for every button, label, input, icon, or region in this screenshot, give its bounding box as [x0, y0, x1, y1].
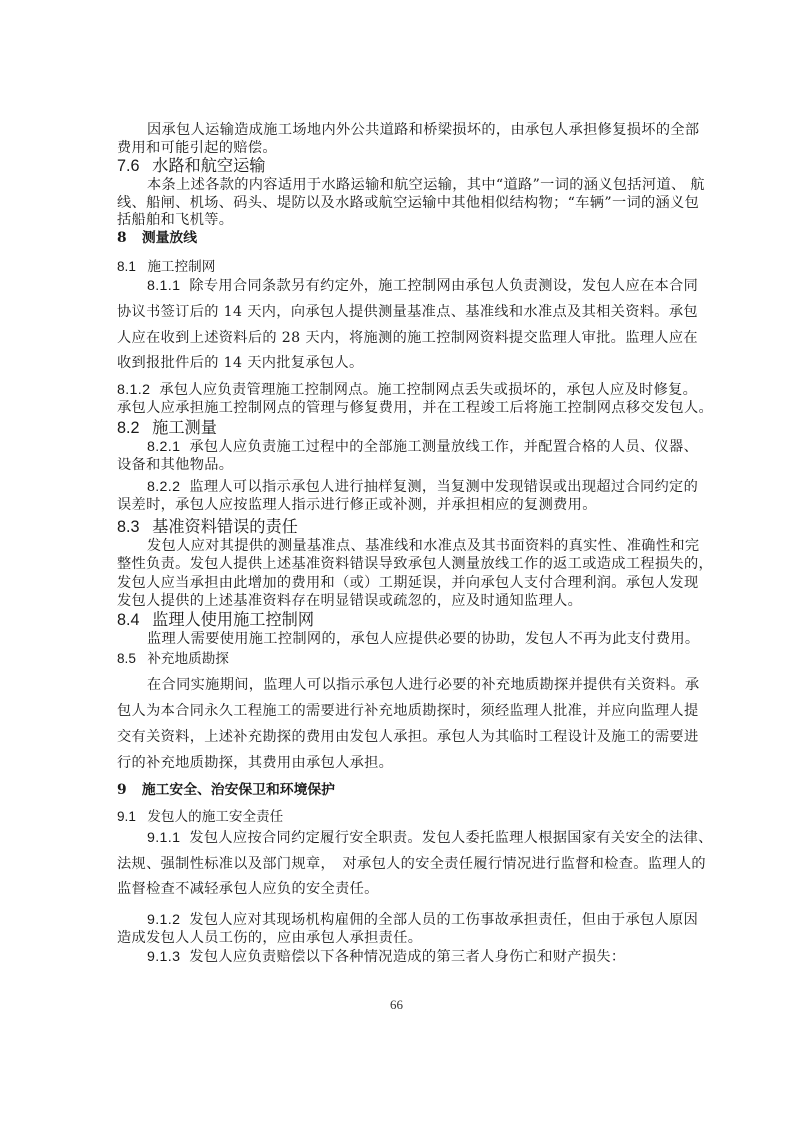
- paragraph-line: 设备和其他物品。: [117, 456, 683, 474]
- clause-8-2-2: 8.2.2监理人可以指示承包人进行抽样复测，当复测中发现错误或出现超过合同约定的: [147, 478, 683, 496]
- paragraph-line: 协议书签订后的 14 天内，向承包人提供测量基准点、基准线和水准点及其相关资料。…: [117, 303, 683, 321]
- section-number: 8.1: [117, 258, 143, 276]
- clause-number: 9.1.2: [147, 912, 180, 928]
- section-heading-9-1: 9.1 发包人的施工安全责任: [117, 808, 283, 826]
- section-title: 施工测量: [152, 418, 217, 437]
- section-heading-7-6: 7.6 水路和航空运输: [117, 156, 265, 176]
- paragraph-text: 监理人可以指示承包人进行抽样复测，当复测中发现错误或出现超过合同约定的: [189, 479, 698, 495]
- paragraph-line: 人应在收到上述资料后的 28 天内，将施测的施工控制网资料提交监理人审批。监理人…: [117, 329, 683, 347]
- clause-8-1-2: 8.1.2承包人应负责管理施工控制网点。施工控制网点丢失或损坏的，承包人应及时修…: [117, 381, 683, 399]
- section-title: 发包人的施工安全责任: [147, 809, 283, 825]
- clause-number: 9.1.1: [147, 830, 180, 846]
- clause-number: 9.1.3: [147, 949, 180, 965]
- clause-number: 8.1.1: [147, 278, 180, 294]
- paragraph-line: 行的补充地质勘探，其费用由承包人承担。: [117, 754, 683, 772]
- section-number: 7.6: [117, 156, 147, 176]
- section-heading-8-2: 8.2 施工测量: [117, 418, 217, 438]
- paragraph-text: 发包人应对其现场机构雇佣的全部人员的工伤事故承担责任，但由于承包人原因: [189, 912, 698, 928]
- section-title: 补充地质勘探: [147, 651, 229, 667]
- paragraph-text: 发包人应按合同约定履行安全职责。发包人委托监理人根据国家有关安全的法律、: [189, 830, 712, 846]
- paragraph-line: 发包人提供的上述基准资料存在明显错误或疏忽的，应及时通知监理人。: [117, 592, 683, 610]
- section-heading-8-1: 8.1 施工控制网: [117, 258, 215, 276]
- paragraph-line: 监督检查不减轻承包人应负的安全责任。: [117, 880, 683, 898]
- paragraph-line: 线、船闸、机场、码头、堤防以及水路或航空运输中其他相似结构物；“车辆”一词的涵义…: [117, 194, 683, 212]
- chapter-number: 9: [117, 781, 137, 799]
- paragraph-line: 费用和可能引起的赔偿。: [117, 139, 683, 157]
- paragraph-line: 在合同实施期间，监理人可以指示承包人进行必要的补充地质勘探并提供有关资料。承: [147, 676, 683, 694]
- paragraph-line: 监理人需要使用施工控制网的，承包人应提供必要的协助，发包人不再为此支付费用。: [147, 630, 683, 648]
- section-title: 监理人使用施工控制网: [152, 610, 314, 629]
- clause-number: 8.1.2: [117, 382, 150, 398]
- paragraph-line: 整性负责。发包人提供上述基准资料错误导致承包人测量放线工作的返工或造成工程损失的…: [117, 555, 683, 573]
- chapter-heading-9: 9 施工安全、治安保卫和环境保护: [117, 781, 335, 799]
- clause-8-2-1: 8.2.1承包人应负责施工过程中的全部施工测量放线工作，并配置合格的人员、仪器、: [147, 438, 683, 456]
- paragraph-line: 交有关资料，上述补充勘探的费用由发包人承担。承包人为其临时工程设计及施工的需要进: [117, 728, 683, 746]
- clause-9-1-3: 9.1.3发包人应负责赔偿以下各种情况造成的第三者人身伤亡和财产损失：: [147, 948, 683, 966]
- page-number: 66: [0, 997, 793, 1013]
- section-heading-8-5: 8.5 补充地质勘探: [117, 650, 229, 668]
- paragraph-line: 发包人应对其提供的测量基准点、基准线和水准点及其书面资料的真实性、准确性和完: [147, 537, 683, 555]
- paragraph-text: 除专用合同条款另有约定外，施工控制网由承包人负责测设，发包人应在本合同: [189, 278, 698, 294]
- paragraph-line: 承包人应承担施工控制网点的管理与修复费用，并在工程竣工后将施工控制网点移交发包人…: [117, 399, 683, 417]
- clause-9-1-2: 9.1.2发包人应对其现场机构雇佣的全部人员的工伤事故承担责任，但由于承包人原因: [147, 911, 683, 929]
- chapter-heading-8: 8 测量放线: [117, 229, 197, 247]
- section-number: 8.5: [117, 650, 143, 668]
- clause-number: 8.2.2: [147, 479, 180, 495]
- chapter-number: 8: [117, 229, 137, 247]
- section-heading-8-3: 8.3 基准资料错误的责任: [117, 517, 298, 537]
- document-page: 因承包人运输造成施工场地内外公共道路和桥梁损坏的，由承包人承担修复损坏的全部 费…: [0, 0, 793, 1122]
- clause-number: 8.2.1: [147, 439, 180, 455]
- section-title: 水路和航空运输: [152, 156, 265, 175]
- chapter-title: 施工安全、治安保卫和环境保护: [142, 782, 335, 798]
- paragraph-line: 造成发包人人员工伤的，应由承包人承担责任。: [117, 929, 683, 947]
- clause-8-1-1: 8.1.1除专用合同条款另有约定外，施工控制网由承包人负责测设，发包人应在本合同: [147, 277, 683, 295]
- section-title: 基准资料错误的责任: [152, 517, 298, 536]
- section-number: 9.1: [117, 808, 143, 826]
- paragraph-line: 误差时，承包人应按监理人指示进行修正或补测，并承担相应的复测费用。: [117, 496, 683, 514]
- section-title: 施工控制网: [147, 259, 215, 275]
- paragraph-line: 收到报批件后的 14 天内批复承包人。: [117, 354, 683, 372]
- paragraph-line: 发包人应当承担由此增加的费用和（或）工期延误，并向承包人支付合理利润。承包人发现: [117, 574, 683, 592]
- paragraph-line: 包人为本合同永久工程施工的需要进行补充地质勘探时，须经监理人批准，并应向监理人提: [117, 702, 683, 720]
- paragraph-line: 本条上述各款的内容适用于水路运输和航空运输，其中“道路”一词的涵义包括河道、 航: [147, 176, 683, 194]
- section-number: 8.4: [117, 610, 147, 630]
- clause-9-1-1: 9.1.1发包人应按合同约定履行安全职责。发包人委托监理人根据国家有关安全的法律…: [147, 829, 683, 847]
- section-heading-8-4: 8.4 监理人使用施工控制网: [117, 610, 314, 630]
- paragraph-line: 因承包人运输造成施工场地内外公共道路和桥梁损坏的，由承包人承担修复损坏的全部: [147, 121, 683, 139]
- paragraph-line: 法规、强制性标准以及部门规章， 对承包人的安全责任履行情况进行监督和检查。监理人…: [117, 855, 683, 873]
- paragraph-text: 承包人应负责管理施工控制网点。施工控制网点丢失或损坏的，承包人应及时修复。: [159, 382, 697, 398]
- section-number: 8.2: [117, 418, 147, 438]
- paragraph-text: 承包人应负责施工过程中的全部施工测量放线工作，并配置合格的人员、仪器、: [189, 439, 698, 455]
- section-number: 8.3: [117, 517, 147, 537]
- chapter-title: 测量放线: [142, 230, 197, 246]
- paragraph-line: 括船舶和飞机等。: [117, 211, 683, 229]
- paragraph-text: 发包人应负责赔偿以下各种情况造成的第三者人身伤亡和财产损失：: [189, 949, 625, 965]
